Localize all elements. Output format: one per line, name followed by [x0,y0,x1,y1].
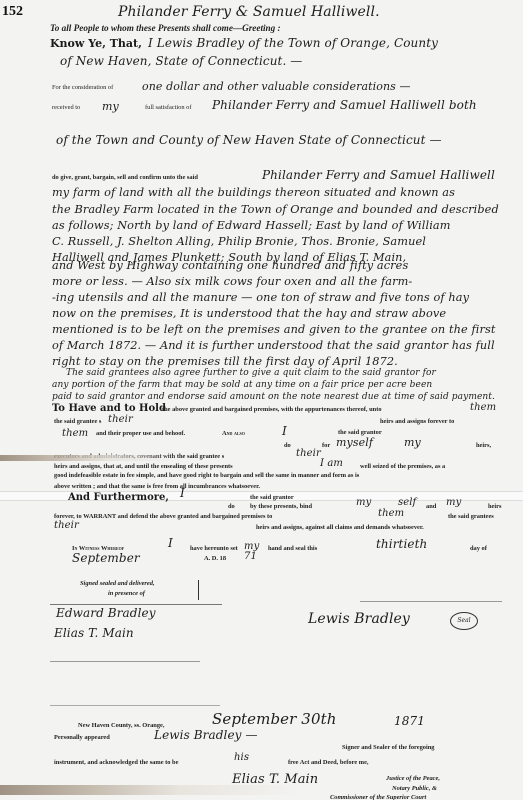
official-title-1: Justice of the Peace, [386,775,440,782]
grant-line: now on the premises, It is understood th… [52,307,446,320]
grant-line: my farm of land with all the buildings t… [52,186,455,199]
grantees: Philander Ferry and Samuel Halliwell [262,168,495,182]
ack-divider [50,705,220,706]
heirs-label: heirs, [476,442,491,449]
satisfaction-value: Philander Ferry and Samuel Halliwell bot… [212,98,477,112]
habendum-text-9: above written ; and that the same is fre… [54,483,260,490]
furthermore-and-label: and [426,503,436,510]
ack-county-label: New Haven County, ss. Orange, [78,722,164,729]
furthermore-value-3: self [398,497,416,508]
furthermore-text-2: forever, to WARRANT and defend the above… [54,513,272,520]
seal-label: Seal [457,617,470,624]
grant-line: of March 1872. — And it is further under… [52,339,495,352]
grant-line: more or less. — Also six milk cows four … [52,275,412,288]
for-value-1: myself [336,436,373,449]
consideration-label: For the consideration of [52,84,113,91]
grant-line: The said grantees also agree further to … [66,368,436,378]
grantor-identity-2: of New Haven, State of Connecticut. — [60,54,302,68]
witness-month-value: September [72,551,140,565]
grant-line: as follows; North by land of Edward Hass… [52,219,451,232]
habendum-text-7: well seized of the premises, as a [360,463,445,470]
official-title-3: Commissioner of the Superior Court [330,794,426,800]
furthermore-heirs-label: heirs [488,503,502,510]
satisfaction-label: full satisfaction of [145,104,192,111]
habendum-value-3: them [62,428,88,439]
presence-bracket [198,580,199,600]
habendum-text-6: heirs and assigns, that at, and until th… [54,463,233,470]
witness-year-label: A. D. 18 [204,555,226,562]
and-also-label: And also [222,430,245,437]
paper-stain [0,455,180,461]
ack-date-value: September 30th [212,710,336,728]
habendum-value-6: I am [320,458,343,469]
official-title-2: Notary Public, & [392,785,437,792]
grantor-label: the said grantor [338,429,382,436]
grantor-line [360,601,502,602]
presence-line-2: in presence of [108,590,145,597]
ack-text-1: instrument, and acknowledged the same to… [54,759,178,766]
habendum-text-2: the said grantee s [54,418,101,425]
witness-line-2 [50,661,200,662]
habendum-label: To Have and to Hold [52,403,166,414]
furthermore-text-3: the said grantees [448,513,494,520]
furthermore-value-4: my [446,497,461,508]
furthermore-label: And Furthermore, [68,492,169,503]
grant-line: mentioned is to be left on the premises … [52,323,496,336]
furthermore-do-label: do [228,503,235,510]
witness-day-value: thirtieth [376,537,427,551]
furthermore-text-4: heirs and assigns, against all claims an… [256,524,424,531]
habendum-value-5: their [296,448,321,459]
witness-signature-2: Elias T. Main [54,626,134,640]
furthermore-value-6: their [54,520,79,531]
page-number: 152 [2,4,23,20]
habendum-text-3: heirs and assigns forever to [380,418,454,425]
furthermore-value-5: them [378,508,404,519]
for-value-2: my [404,436,421,449]
grantor-identity-1: I Lewis Bradley of the Town of Orange, C… [148,36,438,50]
ack-year-value: 71 [409,714,424,728]
seal-icon: Seal [450,612,478,630]
grant-line: the Bradley Farm located in the Town of … [52,203,499,216]
grant-label: do give, grant, bargain, sell and confir… [52,174,198,181]
grant-line: C. Russell, J. Shelton Alling, Philip Br… [52,235,426,248]
witness-text-2: hand and seal this [268,545,317,552]
know-ye-label: Know Ye, That, [50,37,142,50]
paper-stain-bottom [0,785,300,795]
habendum-value-2: their [108,414,133,425]
witness-text-1: have hereunto set [190,545,238,552]
witness-year-value: 71 [244,551,257,562]
received-label: received to [52,104,80,111]
parties-heading: Philander Ferry & Samuel Halliwell. [118,4,380,20]
witness-line-1 [50,604,222,605]
grantor-signature: Lewis Bradley [308,611,410,627]
ack-text-2: free Act and Deed, before me, [288,759,369,766]
ack-appeared-value: Lewis Bradley — [154,728,258,742]
grant-line: right to stay on the premises till the f… [52,355,398,368]
ack-signer-label: Signer and Sealer of the foregoing [342,744,435,751]
grant-line: paid to said grantor and endorse said am… [52,392,495,402]
greeting: To all People to whom these Presents sha… [50,23,281,33]
satisfaction-value-cont: of the Town and County of New Haven Stat… [56,133,442,147]
witness-value-1: I [168,536,173,550]
furthermore-value-2: my [356,497,371,508]
deed-page: 152 Philander Ferry & Samuel Halliwell. … [0,0,523,800]
grant-line: and West by Highway containing one hundr… [52,259,408,272]
habendum-text-8: good indefeasible estate in fee simple, … [54,472,359,479]
grant-line: -ing utensils and all the manure — one t… [52,291,469,304]
received-value: my [102,100,119,113]
ack-appeared-label: Personally appeared [54,734,110,741]
furthermore-grantor-label: the said grantor [250,494,294,501]
witness-day-label: day of [470,545,487,552]
habendum-text-4: and their proper use and behoof. [96,430,185,437]
habendum-value-1: them [470,402,496,413]
furthermore-text-1: by these presents, bind [250,503,312,510]
for-label: for [322,442,330,449]
consideration-value: one dollar and other valuable considerat… [142,80,411,93]
grant-line: any portion of the farm that may be sold… [52,380,432,390]
and-also-value: I [282,424,287,438]
ack-year: 1871 [394,714,425,728]
witness-signature-1: Edward Bradley [56,606,156,620]
presence-line-1: Signed sealed and delivered, [80,580,155,587]
habendum-text-1: the above granted and bargained premises… [162,406,382,413]
ack-year-label: 18 [394,714,409,728]
furthermore-value-1: I [180,486,185,500]
do-label: do [284,442,291,449]
ack-value-1: his [234,752,249,763]
